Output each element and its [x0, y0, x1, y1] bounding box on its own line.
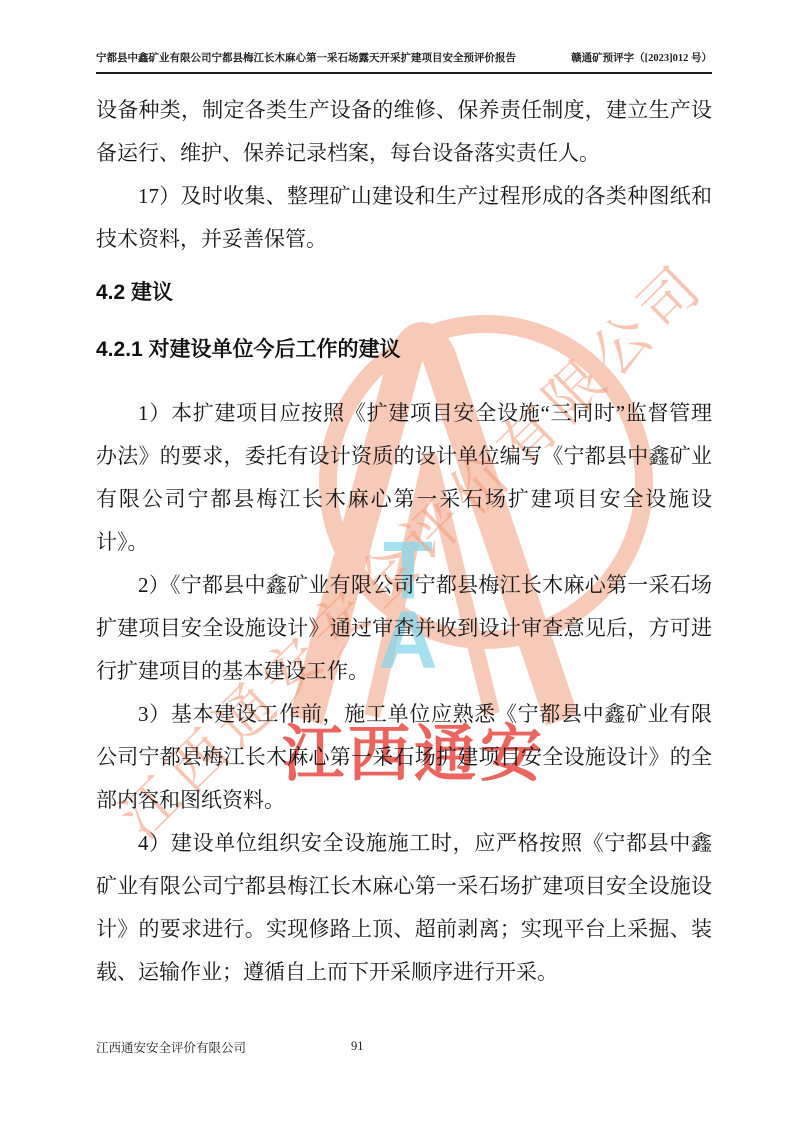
document-page: T A 江西通安安全评价有限公司 江西通安 宁都县中鑫矿业有限公司宁都县梅江长木… [0, 0, 800, 1131]
footer-company-name: 江西通安安全评价有限公司 [96, 1038, 246, 1056]
footer-page-number: 91 [351, 1039, 364, 1054]
section-heading-4-2-1: 4.2.1 对建设单位今后工作的建议 [96, 335, 712, 365]
paragraph-suggestion-1: 1）本扩建项目应按照《扩建项目安全设施“三同时”监督管理办法》的要求，委托有设计… [96, 392, 712, 564]
header-report-title: 宁都县中鑫矿业有限公司宁都县梅江长木麻心第一采石场露天开采扩建项目安全预评价报告 [96, 50, 516, 65]
page-content: 宁都县中鑫矿业有限公司宁都县梅江长木麻心第一采石场露天开采扩建项目安全预评价报告… [0, 0, 800, 1131]
running-header: 宁都县中鑫矿业有限公司宁都县梅江长木麻心第一采石场露天开采扩建项目安全预评价报告… [96, 50, 712, 74]
paragraph-continuation: 设备种类，制定各类生产设备的维修、保养责任制度，建立生产设备运行、维护、保养记录… [96, 89, 712, 175]
paragraph-suggestion-2: 2）《宁都县中鑫矿业有限公司宁都县梅江长木麻心第一采石场扩建项目安全设施设计》通… [96, 564, 712, 693]
paragraph-suggestion-4: 4）建设单位组织安全设施施工时，应严格按照《宁都县中鑫矿业有限公司宁都县梅江长木… [96, 822, 712, 994]
paragraph-item-17: 17）及时收集、整理矿山建设和生产过程形成的各类种图纸和技术资料，并妥善保管。 [96, 175, 712, 261]
header-doc-number: 赣通矿预评字（[2023]012 号） [571, 50, 712, 65]
paragraph-suggestion-3: 3）基本建设工作前，施工单位应熟悉《宁都县中鑫矿业有限公司宁都县梅江长木麻心第一… [96, 693, 712, 822]
section-heading-4-2: 4.2 建议 [96, 278, 712, 308]
body-text-block: 设备种类，制定各类生产设备的维修、保养责任制度，建立生产设备运行、维护、保养记录… [96, 89, 712, 994]
